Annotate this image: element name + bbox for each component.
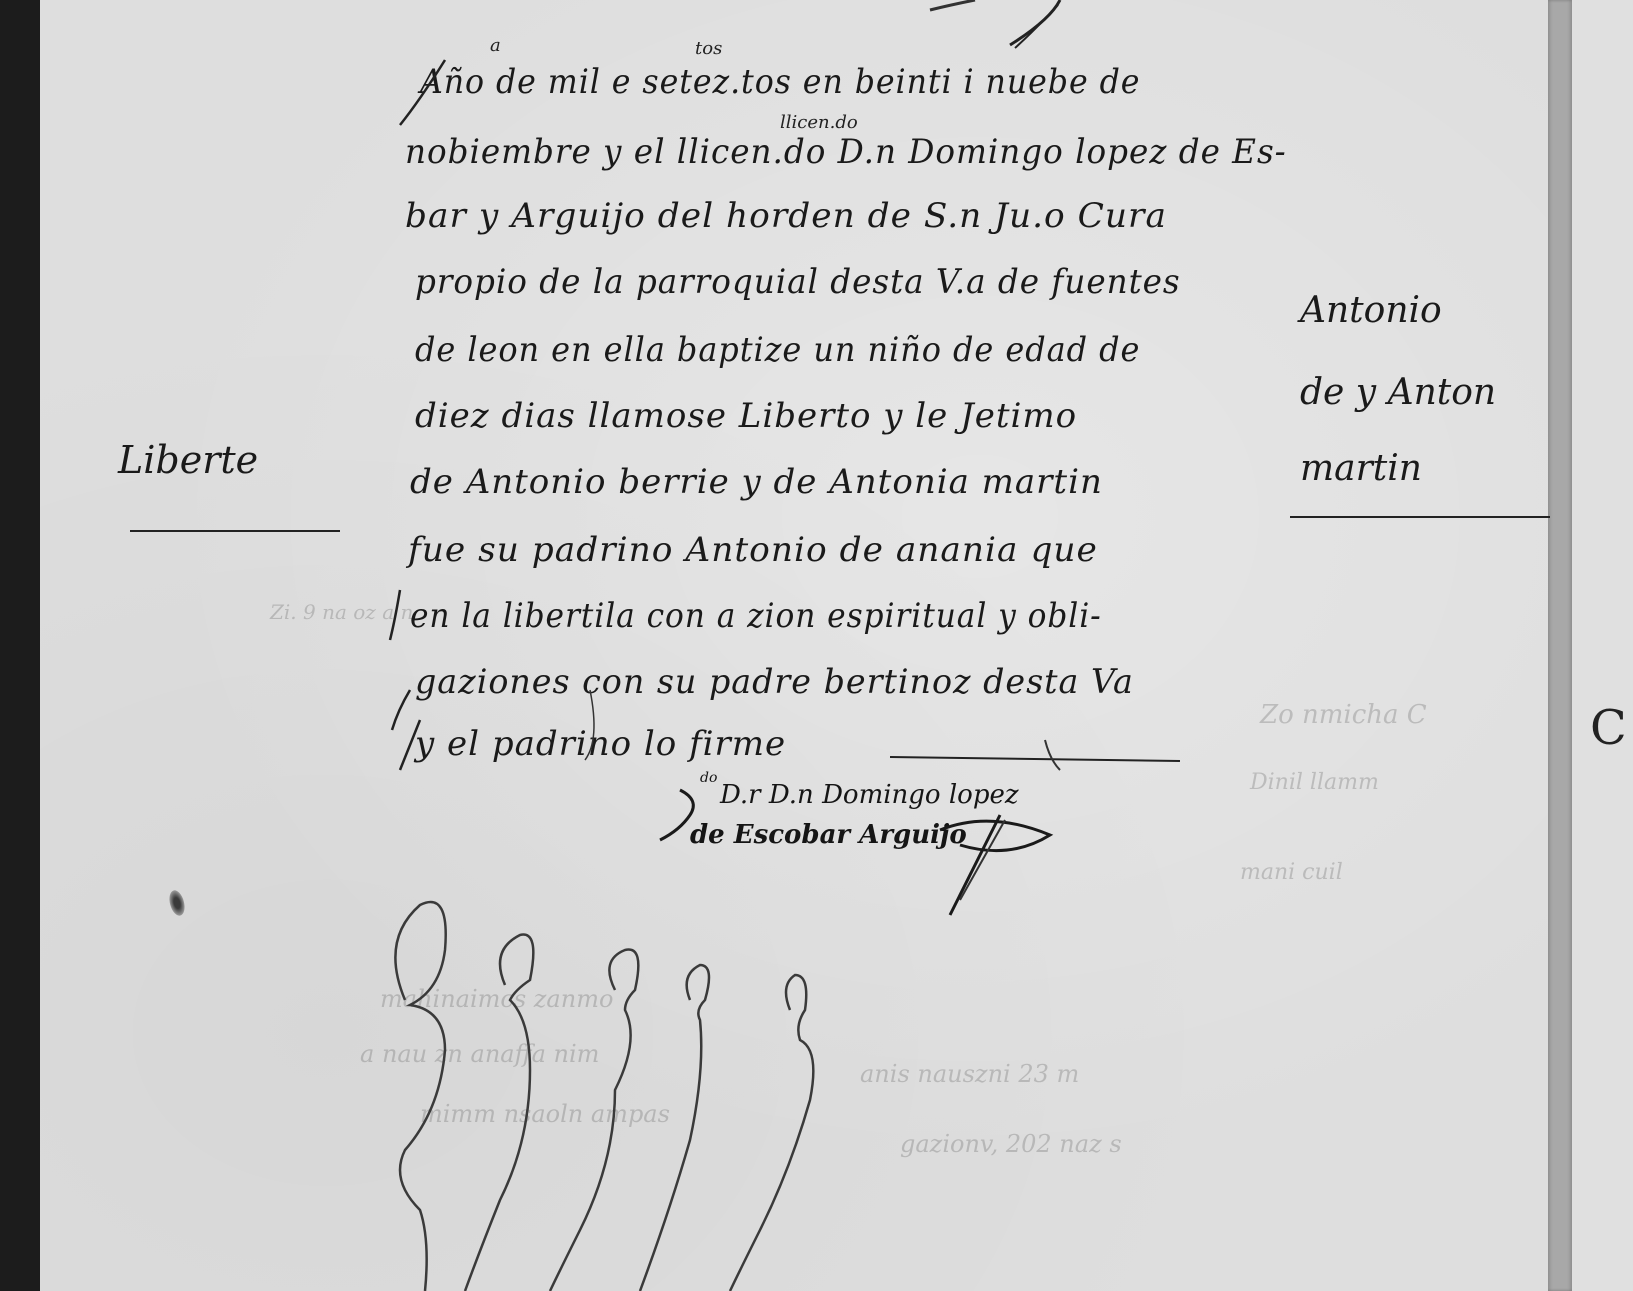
superscript-tos: tos — [695, 38, 722, 59]
margin-note-left: Liberte — [118, 438, 258, 482]
margin-note-right-line-2: de y Anton — [1300, 372, 1496, 413]
ghost-text: mani cuil — [1240, 860, 1343, 885]
flourish-2 — [465, 935, 533, 1291]
ghost-text: Zi. 9 na oz a n — [270, 600, 413, 624]
body-line-10: gaziones con su padre bertinoz desta Va — [415, 662, 1134, 702]
margin-left-underline — [130, 530, 340, 532]
signature-superscript: do — [700, 770, 717, 786]
body-line-2: nobiembre y el llicen.do D.n Domingo lop… — [405, 132, 1287, 172]
ghost-text: Dinil llamm — [1250, 770, 1379, 795]
bleed-through-layer: mahinaimcs zanmo a nau zn anaffa nim mim… — [0, 0, 1633, 1291]
scan-left-border — [0, 0, 40, 1291]
ghost-text: a nau zn anaffa nim — [360, 1040, 599, 1068]
superscript-a: a — [490, 35, 501, 56]
descender-strokes — [0, 0, 1633, 1291]
adjacent-page-edge — [1572, 0, 1633, 1291]
body-line-5: de leon en ella baptize un niño de edad … — [415, 330, 1140, 370]
body-line-11: y el padrino lo firme — [415, 724, 786, 764]
flourish-1 — [395, 902, 445, 1291]
top-flourish — [0, 0, 1633, 1291]
body-line-4: propio de la parroquial desta V.a de fue… — [415, 262, 1181, 302]
body-line-7: de Antonio berrie y de Antonia martin — [410, 462, 1103, 502]
body-line-6: diez dias llamose Liberto y le Jetimo — [415, 396, 1077, 436]
ghost-text: anis nauszni 23 m — [860, 1060, 1079, 1088]
body-line-1: Año de mil e setez.tos en beinti i nuebe… — [420, 62, 1140, 102]
body-line-3: bar y Arguijo del horden de S.n Ju.o Cur… — [405, 196, 1167, 236]
binding-strip — [1548, 0, 1572, 1291]
flourish-3 — [550, 950, 638, 1291]
margin-note-right-line-3: martin — [1300, 448, 1422, 489]
signature-rubric — [0, 0, 1633, 1291]
signature-line-2: de Escobar Arguijo — [690, 820, 967, 850]
ink-blot — [167, 889, 187, 918]
body-line-8: fue su padrino Antonio de anania que — [408, 530, 1098, 570]
flourish-5 — [730, 975, 813, 1291]
ghost-text: gazionv, 202 naz s — [900, 1130, 1122, 1158]
ghost-text: mimm nsaoln ampas — [420, 1100, 670, 1128]
manuscript-page: mahinaimcs zanmo a nau zn anaffa nim mim… — [0, 0, 1633, 1291]
ghost-text: mahinaimcs zanmo — [380, 985, 613, 1013]
bottom-flourishes — [0, 0, 1633, 1291]
signature-line-1: D.r D.n Domingo lopez — [720, 780, 1019, 810]
edge-mark: C — [1590, 700, 1627, 756]
flourish-4 — [640, 965, 709, 1291]
margin-right-underline — [1290, 516, 1550, 518]
superscript-licenciado: llicen.do — [780, 112, 858, 133]
ghost-text: Zo nmicha C — [1260, 700, 1427, 730]
body-line-9: en la libertila con a zion espiritual y … — [410, 596, 1102, 636]
closing-rule — [890, 756, 1180, 762]
margin-note-right-line-1: Antonio — [1300, 290, 1442, 331]
